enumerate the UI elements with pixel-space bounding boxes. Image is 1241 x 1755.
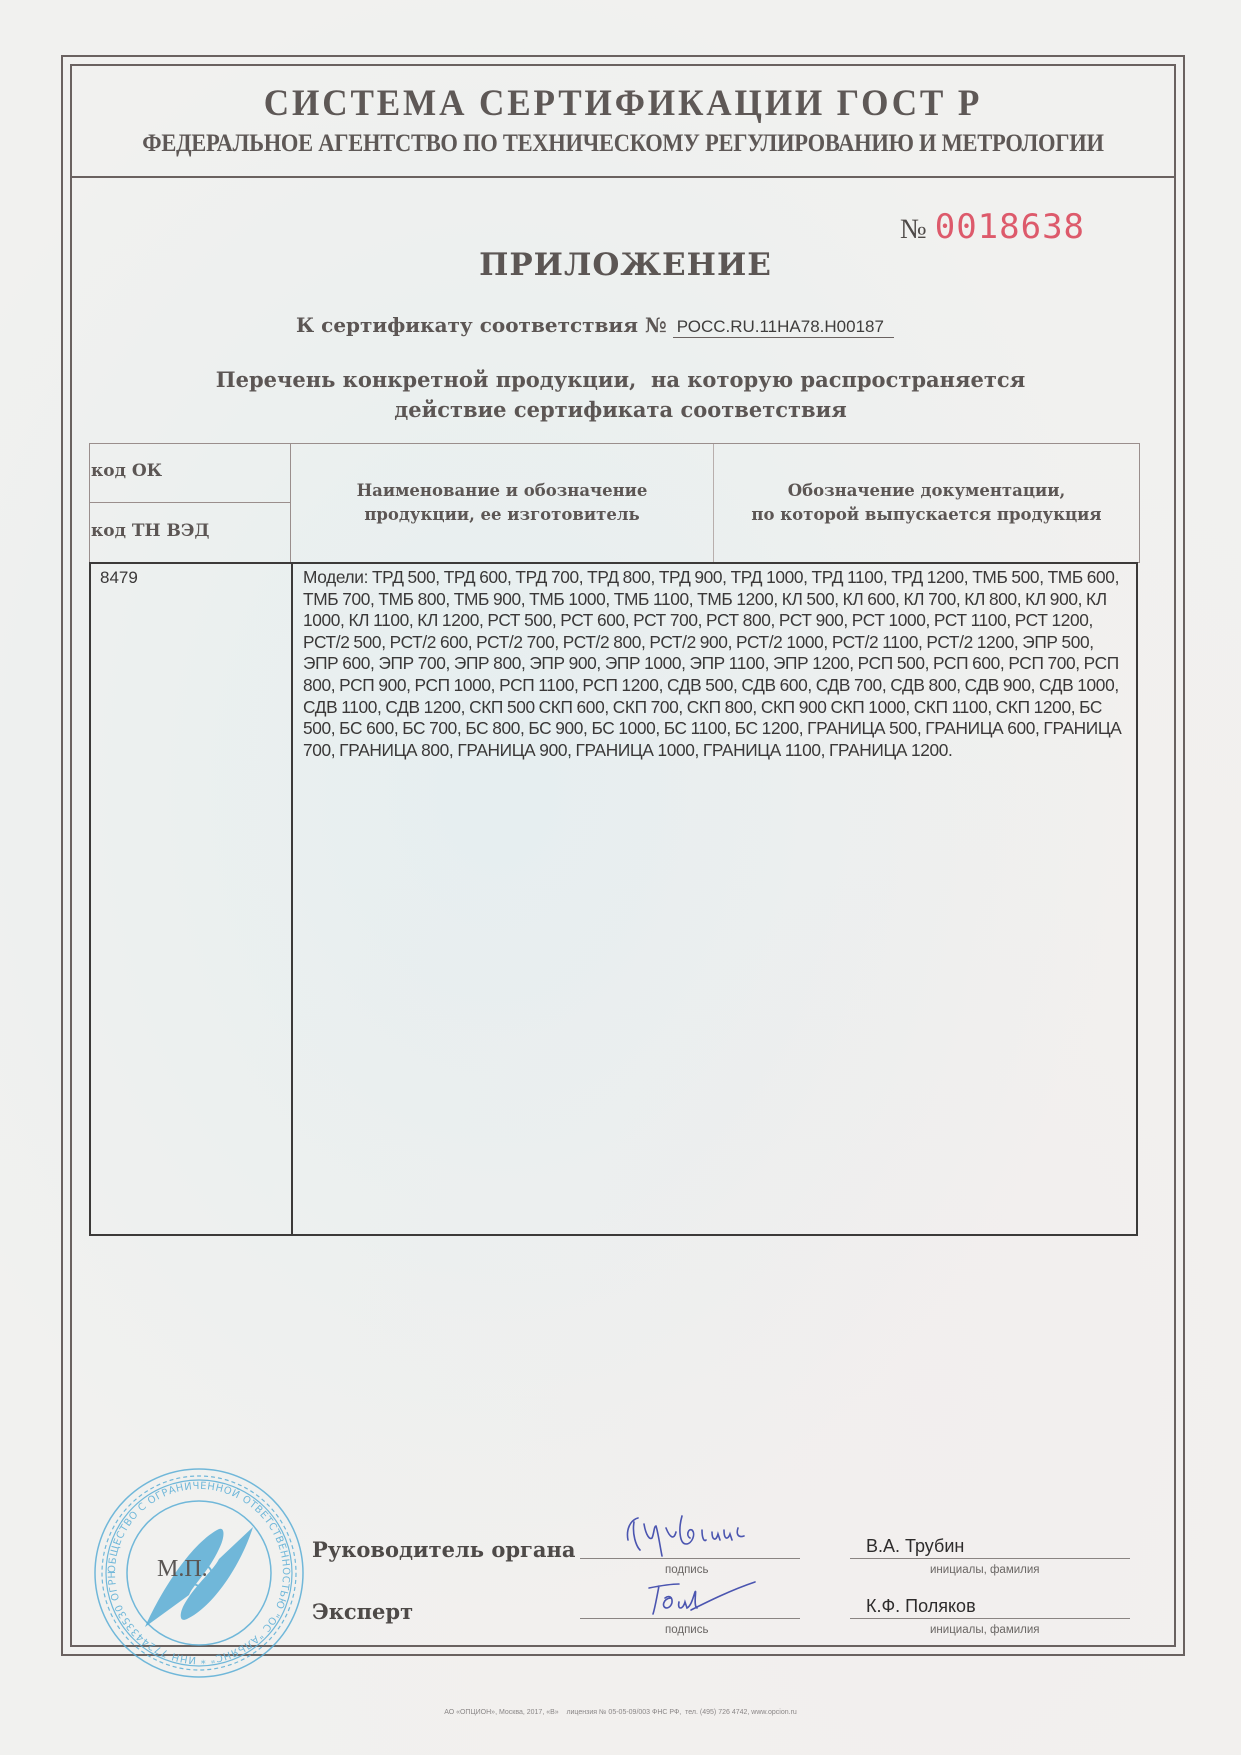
- expert-role-label: Эксперт: [312, 1599, 413, 1624]
- printer-imprint: АО «ОПЦИОН», Москва, 2017, «В» лицензия …: [0, 1709, 1241, 1716]
- table-header: код ОК код ТН ВЭД Наименование и обознач…: [89, 443, 1140, 563]
- head-signature-icon: [620, 1510, 780, 1560]
- number-sign: №: [900, 214, 927, 245]
- serial-value: 0018638: [935, 207, 1085, 247]
- documentation-header: Обозначение документации, по которой вып…: [714, 444, 1139, 562]
- header-divider: [70, 176, 1176, 178]
- head-name-line: [850, 1558, 1130, 1559]
- code-header-divider: [90, 502, 290, 503]
- stamp-place-label: М.П.: [157, 1556, 208, 1583]
- head-signature-caption: подпись: [665, 1564, 708, 1576]
- head-role-label: Руководитель органа: [312, 1537, 575, 1562]
- expert-signature-caption: подпись: [665, 1624, 708, 1636]
- agency-name: ФЕДЕРАЛЬНОЕ АГЕНТСТВО ПО ТЕХНИЧЕСКОМУ РЕ…: [125, 130, 1120, 158]
- product-name-header: Наименование и обозначение продукции, ее…: [291, 444, 714, 562]
- certificate-reference-label: К сертификату соответствия №: [296, 313, 667, 337]
- code-ok-header: код ОК: [91, 461, 162, 481]
- tnved-code: 8479: [100, 568, 138, 588]
- certificate-reference: К сертификату соответствия №РОСС.RU.11НА…: [296, 313, 894, 337]
- product-models-list: Модели: ТРД 500, ТРД 600, ТРД 700, ТРД 8…: [303, 567, 1125, 761]
- code-tnved-header: код ТН ВЭД: [91, 521, 210, 541]
- certification-system-title: СИСТЕМА СЕРТИФИКАЦИИ ГОСТ Р: [98, 82, 1149, 125]
- expert-name-caption: инициалы, фамилия: [930, 1624, 1040, 1636]
- product-list-title: Перечень конкретной продукции, на котору…: [0, 365, 1241, 425]
- head-name-caption: инициалы, фамилия: [930, 1564, 1040, 1576]
- product-table-body: 8479 Модели: ТРД 500, ТРД 600, ТРД 700, …: [89, 562, 1138, 1236]
- annex-title: ПРИЛОЖЕНИЕ: [0, 247, 1241, 283]
- head-name: В.А. Трубин: [866, 1536, 964, 1557]
- product-list-title-line-1: Перечень конкретной продукции, на котору…: [0, 365, 1241, 395]
- certificate-number: РОСС.RU.11НА78.Н00187: [673, 317, 894, 338]
- code-header-cell: код ОК код ТН ВЭД: [90, 444, 291, 562]
- expert-signature-icon: [645, 1580, 765, 1620]
- form-serial-number: №0018638: [900, 207, 1085, 247]
- product-list-title-line-2: действие сертификата соответствия: [0, 395, 1241, 425]
- code-column: 8479: [91, 564, 293, 1234]
- expert-name: К.Ф. Поляков: [866, 1596, 976, 1617]
- expert-name-line: [850, 1618, 1130, 1619]
